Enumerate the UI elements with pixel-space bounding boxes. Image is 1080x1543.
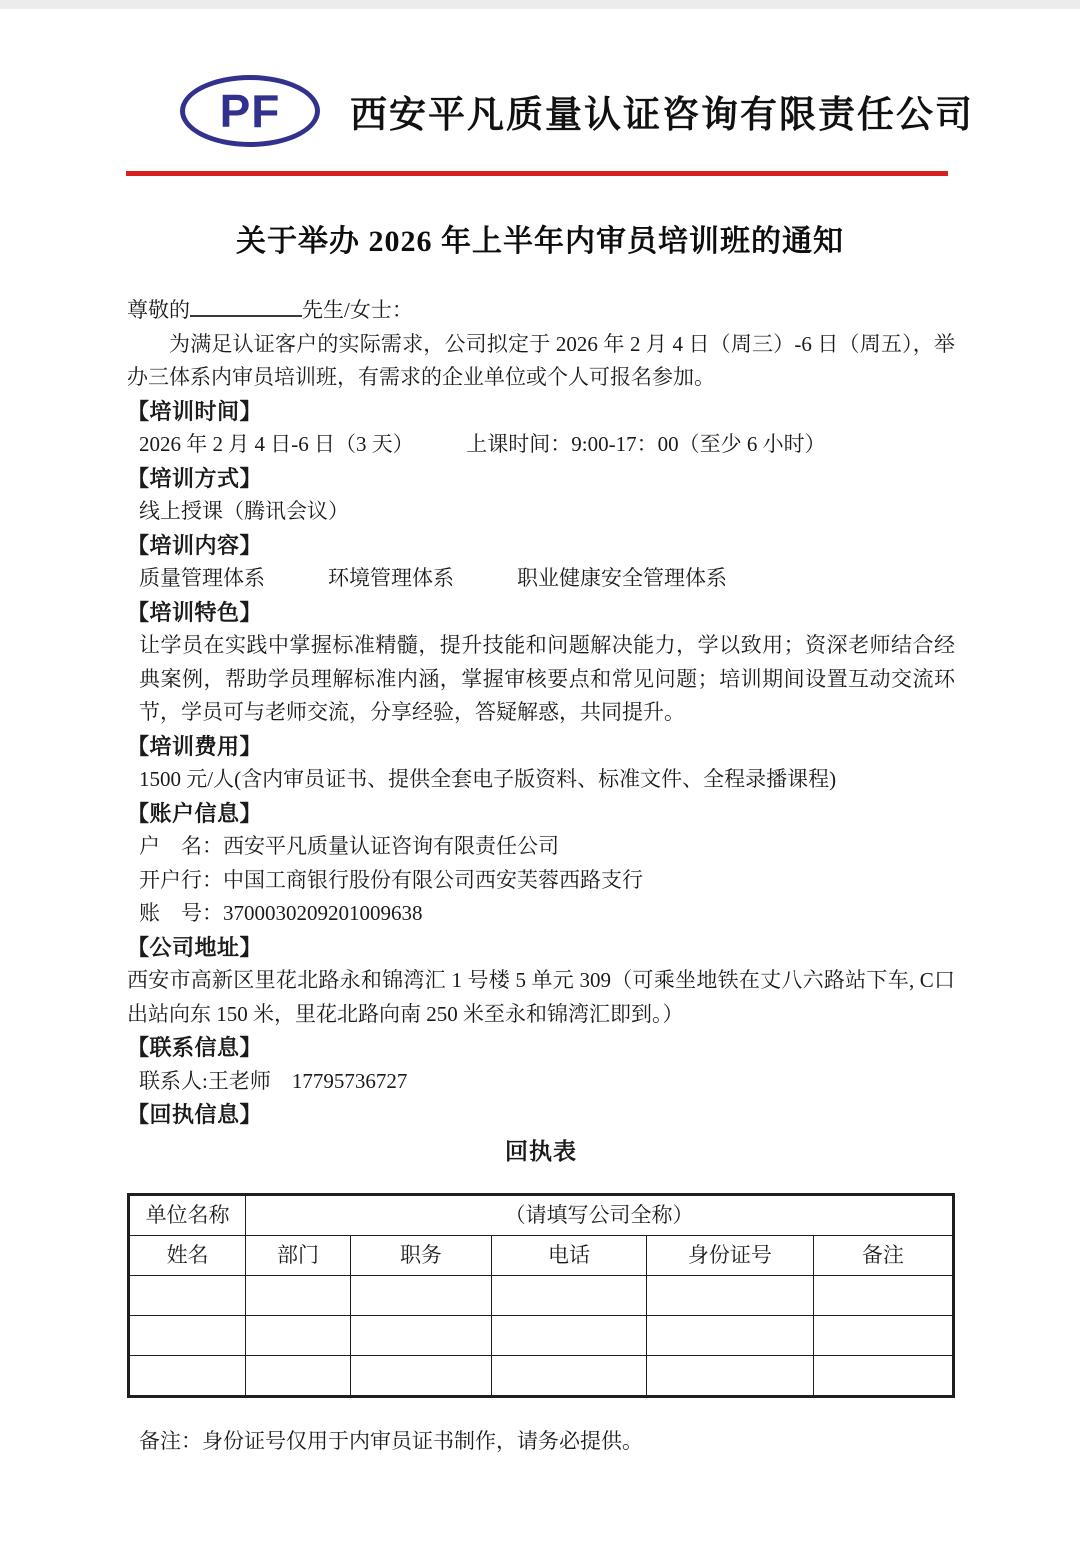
section-heading: 【联系信息】 — [127, 1031, 955, 1065]
section-training-content: 【培训内容】 质量管理体系 环境管理体系 职业健康安全管理体系 — [127, 529, 955, 596]
table-header-cell: 身份证号 — [647, 1236, 814, 1276]
red-divider — [126, 171, 948, 176]
empty-cell — [246, 1276, 351, 1316]
contact-line: 联系人:王老师 17795736727 — [127, 1065, 955, 1099]
bank-line: 开户行：中国工商银行股份有限公司西安芙蓉西路支行 — [127, 864, 955, 898]
document-body: 尊敬的先生/女士： 为满足认证客户的实际需求，公司拟定于 2026 年 2 月 … — [127, 294, 955, 1459]
table-row — [129, 1316, 954, 1356]
section-heading: 【培训方式】 — [127, 462, 955, 496]
document-page: PF 西安平凡质量认证咨询有限责任公司 关于举办 2026 年上半年内审员培训班… — [0, 0, 1080, 1543]
section-contact-info: 【联系信息】 联系人:王老师 17795736727 — [127, 1031, 955, 1098]
empty-cell — [491, 1316, 646, 1356]
letterhead: PF 西安平凡质量认证咨询有限责任公司 — [180, 75, 1080, 147]
section-line: 2026 年 2 月 4 日-6 日（3 天） 上课时间：9:00-17：00（… — [127, 428, 955, 462]
reply-table: 单位名称 （请填写公司全称） 姓名 部门 职务 电话 身份证号 备注 — [127, 1193, 955, 1398]
table-header-cell: 电话 — [491, 1236, 646, 1276]
empty-cell — [350, 1316, 491, 1356]
empty-cell — [647, 1276, 814, 1316]
notice-title: 关于举办 2026 年上半年内审员培训班的通知 — [0, 222, 1080, 262]
section-heading: 【培训费用】 — [127, 730, 955, 764]
section-company-address: 【公司地址】 西安市高新区里花北路永和锦湾汇 1 号楼 5 单元 309（可乘坐… — [127, 931, 955, 1032]
company-name: 西安平凡质量认证咨询有限责任公司 — [350, 84, 974, 138]
section-account-info: 【账户信息】 户 名：西安平凡质量认证咨询有限责任公司 开户行：中国工商银行股份… — [127, 797, 955, 931]
company-name-row: 单位名称 （请填写公司全称） — [129, 1195, 954, 1236]
section-heading: 【培训内容】 — [127, 529, 955, 563]
table-row — [129, 1276, 954, 1316]
section-reply-info: 【回执信息】 — [127, 1098, 955, 1132]
table-header-cell: 备注 — [813, 1236, 953, 1276]
empty-cell — [129, 1356, 246, 1397]
section-heading: 【公司地址】 — [127, 931, 955, 965]
section-paragraph: 让学员在实践中掌握标准精髓，提升技能和问题解决能力，学以致用；资深老师结合经典案… — [127, 629, 955, 730]
empty-cell — [813, 1356, 953, 1397]
footnote: 备注：身份证号仅用于内审员证书制作，请务必提供。 — [127, 1425, 955, 1459]
account-name-line: 户 名：西安平凡质量认证咨询有限责任公司 — [127, 830, 955, 864]
section-training-features: 【培训特色】 让学员在实践中掌握标准精髓，提升技能和问题解决能力，学以致用；资深… — [127, 596, 955, 730]
company-logo: PF — [180, 75, 320, 147]
section-training-time: 【培训时间】 2026 年 2 月 4 日-6 日（3 天） 上课时间：9:00… — [127, 395, 955, 462]
table-row — [129, 1356, 954, 1397]
intro-paragraph: 为满足认证客户的实际需求，公司拟定于 2026 年 2 月 4 日（周三）-6 … — [127, 328, 955, 395]
address-paragraph: 西安市高新区里花北路永和锦湾汇 1 号楼 5 单元 309（可乘坐地铁在丈八六路… — [127, 964, 955, 1031]
empty-cell — [491, 1276, 646, 1316]
account-number-line: 账 号：3700030209201009638 — [127, 897, 955, 931]
section-training-fee: 【培训费用】 1500 元/人(含内审员证书、提供全套电子版资料、标准文件、全程… — [127, 730, 955, 797]
company-name-row-label: 单位名称 — [129, 1195, 246, 1236]
empty-cell — [647, 1316, 814, 1356]
empty-cell — [647, 1356, 814, 1397]
empty-cell — [246, 1316, 351, 1356]
empty-cell — [491, 1356, 646, 1397]
section-line: 线上授课（腾讯会议） — [127, 495, 955, 529]
table-header-row: 姓名 部门 职务 电话 身份证号 备注 — [129, 1236, 954, 1276]
empty-cell — [813, 1276, 953, 1316]
empty-cell — [350, 1276, 491, 1316]
section-heading: 【账户信息】 — [127, 797, 955, 831]
table-header-cell: 部门 — [246, 1236, 351, 1276]
table-header-cell: 职务 — [350, 1236, 491, 1276]
section-heading: 【回执信息】 — [127, 1098, 955, 1132]
empty-cell — [246, 1356, 351, 1397]
top-gray-band — [0, 0, 1080, 9]
reply-table-title: 回执表 — [127, 1135, 955, 1169]
greeting-prefix: 尊敬的 — [127, 298, 190, 322]
company-name-hint: （请填写公司全称） — [246, 1195, 954, 1236]
empty-cell — [813, 1316, 953, 1356]
section-heading: 【培训时间】 — [127, 395, 955, 429]
empty-cell — [350, 1356, 491, 1397]
name-blank-underline — [190, 294, 302, 317]
section-heading: 【培训特色】 — [127, 596, 955, 630]
logo-pf-text: PF — [220, 88, 281, 134]
section-training-method: 【培训方式】 线上授课（腾讯会议） — [127, 462, 955, 529]
empty-cell — [129, 1276, 246, 1316]
table-header-cell: 姓名 — [129, 1236, 246, 1276]
greeting-suffix: 先生/女士： — [302, 298, 413, 322]
section-line: 质量管理体系 环境管理体系 职业健康安全管理体系 — [127, 562, 955, 596]
empty-cell — [129, 1316, 246, 1356]
greeting-line: 尊敬的先生/女士： — [127, 294, 955, 328]
section-line: 1500 元/人(含内审员证书、提供全套电子版资料、标准文件、全程录播课程) — [127, 763, 955, 797]
